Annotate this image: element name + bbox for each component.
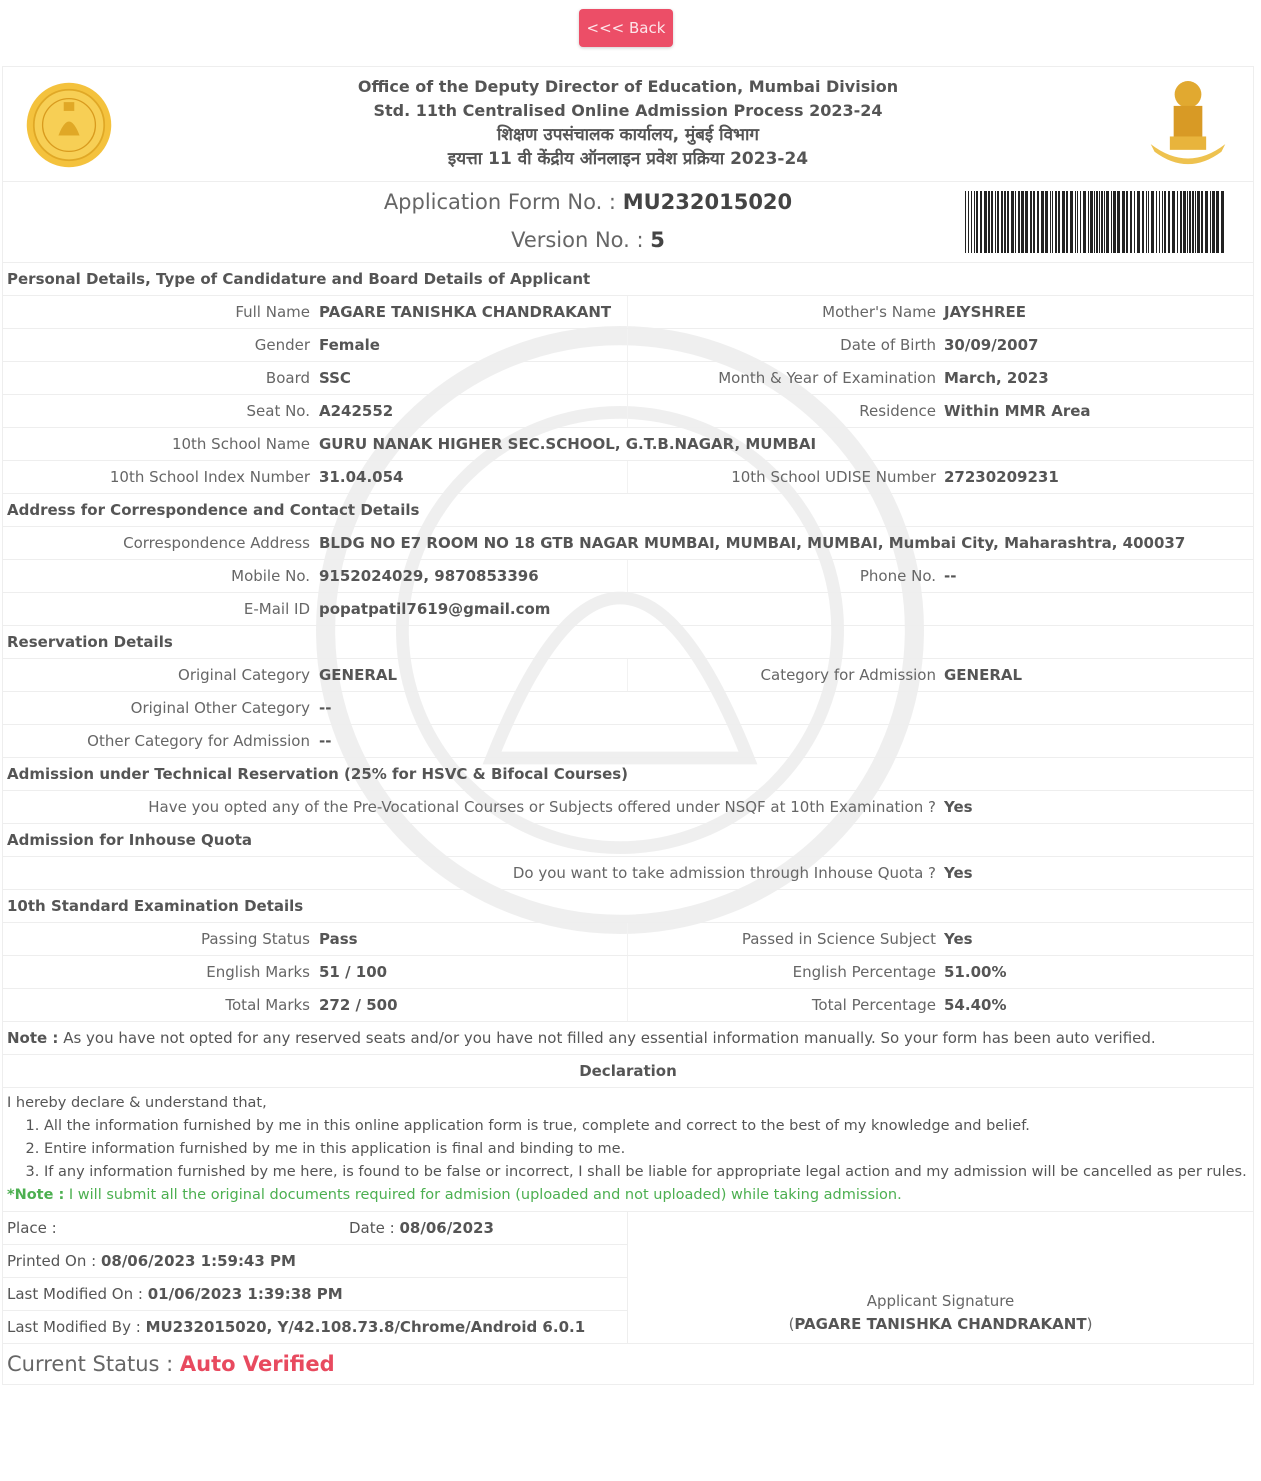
field-label: 10th School Index Number xyxy=(110,461,310,493)
field-label: Gender xyxy=(255,329,310,361)
printed-value: 08/06/2023 1:59:43 PM xyxy=(101,1252,296,1270)
application-number-block: Application Form No. : MU232015020 Versi… xyxy=(3,182,1253,263)
list-item: If any information furnished by me here,… xyxy=(44,1161,1249,1184)
field-label: 10th School Name xyxy=(172,428,310,460)
national-emblem-icon xyxy=(1145,77,1231,173)
table-row: Full NamePAGARE TANISHKA CHANDRAKANT Mot… xyxy=(3,296,1253,329)
technical-answer-value: Yes xyxy=(944,791,973,823)
total-marks-value: 272 / 500 xyxy=(319,989,398,1021)
section-address: Address for Correspondence and Contact D… xyxy=(3,494,1253,527)
field-label: Phone No. xyxy=(860,560,936,592)
table-row: Original CategoryGENERAL Category for Ad… xyxy=(3,659,1253,692)
field-label: Full Name xyxy=(235,296,310,328)
header-line-2: Std. 11th Centralised Online Admission P… xyxy=(3,99,1253,123)
table-row: BoardSSC Month & Year of ExaminationMarc… xyxy=(3,362,1253,395)
email-value: popatpatil7619@gmail.com xyxy=(319,593,550,625)
field-label: Month & Year of Examination xyxy=(718,362,936,394)
modified-on-label: Last Modified On : xyxy=(7,1285,143,1303)
declaration-title: Declaration xyxy=(3,1055,1253,1088)
list-item: All the information furnished by me in t… xyxy=(44,1115,1249,1138)
field-label: English Percentage xyxy=(793,956,936,988)
field-label: Seat No. xyxy=(247,395,311,427)
field-label: Board xyxy=(266,362,310,394)
phone-value: -- xyxy=(944,560,956,592)
section-reservation: Reservation Details xyxy=(3,626,1253,659)
table-row: Mobile No.9152024029, 9870853396 Phone N… xyxy=(3,560,1253,593)
modified-by-row: Last Modified By : MU232015020, Y/42.108… xyxy=(3,1311,627,1343)
footer-meta: Place : Date : 08/06/2023 Printed On : 0… xyxy=(3,1212,628,1343)
field-label: Date of Birth xyxy=(840,329,936,361)
table-row: 10th School Index Number31.04.054 10th S… xyxy=(3,461,1253,494)
udise-value: 27230209231 xyxy=(944,461,1059,493)
table-row: 10th School NameGURU NANAK HIGHER SEC.SC… xyxy=(3,428,1253,461)
document-note-text: I will submit all the original documents… xyxy=(64,1187,901,1203)
auto-verified-note: Note : As you have not opted for any res… xyxy=(3,1022,1253,1055)
original-other-category-value: -- xyxy=(319,692,331,724)
full-name-value: PAGARE TANISHKA CHANDRAKANT xyxy=(319,296,611,328)
field-label: Total Marks xyxy=(225,989,310,1021)
application-form-no: Application Form No. : MU232015020 xyxy=(303,190,873,214)
original-category-value: GENERAL xyxy=(319,659,397,691)
board-value: SSC xyxy=(319,362,351,394)
status-label: Current Status : xyxy=(7,1352,173,1376)
field-label: Passing Status xyxy=(201,923,310,955)
table-row: Seat No.A242552 ResidenceWithin MMR Area xyxy=(3,395,1253,428)
signature-block: Applicant Signature (PAGARE TANISHKA CHA… xyxy=(628,1212,1253,1343)
document-note: *Note : I will submit all the original d… xyxy=(7,1184,1249,1207)
header-line-3: शिक्षण उपसंचालक कार्यालय, मुंबई विभाग xyxy=(3,123,1253,147)
dob-value: 30/09/2007 xyxy=(944,329,1038,361)
school-name-value: GURU NANAK HIGHER SEC.SCHOOL, G.T.B.NAGA… xyxy=(319,428,816,460)
table-row: Other Category for Admission-- xyxy=(3,725,1253,758)
section-technical-reservation: Admission under Technical Reservation (2… xyxy=(3,758,1253,791)
list-item: Entire information furnished by me in th… xyxy=(44,1138,1249,1161)
field-label: Total Percentage xyxy=(812,989,936,1021)
gender-value: Female xyxy=(319,329,380,361)
current-status: Current Status : Auto Verified xyxy=(3,1344,1253,1384)
other-category-admission-value: -- xyxy=(319,725,331,757)
note-label: Note : xyxy=(7,1029,58,1047)
table-row: Have you opted any of the Pre-Vocational… xyxy=(3,791,1253,824)
table-row: Do you want to take admission through In… xyxy=(3,857,1253,890)
modified-on-value: 01/06/2023 1:39:38 PM xyxy=(148,1285,343,1303)
signature-name: PAGARE TANISHKA CHANDRAKANT xyxy=(794,1315,1086,1333)
top-bar: <<< Back xyxy=(0,0,1261,62)
residence-value: Within MMR Area xyxy=(944,395,1091,427)
place-label: Place : xyxy=(7,1219,57,1237)
exam-month-value: March, 2023 xyxy=(944,362,1049,394)
field-label: Do you want to take admission through In… xyxy=(513,857,936,889)
modified-on-row: Last Modified On : 01/06/2023 1:39:38 PM xyxy=(3,1278,627,1311)
field-label: Category for Admission xyxy=(761,659,936,691)
modified-by-label: Last Modified By : xyxy=(7,1318,141,1336)
section-personal-details: Personal Details, Type of Candidature an… xyxy=(3,263,1253,296)
header-title: Office of the Deputy Director of Educati… xyxy=(3,75,1253,171)
field-label: Mobile No. xyxy=(231,560,310,592)
address-value: BLDG NO E7 ROOM NO 18 GTB NAGAR MUMBAI, … xyxy=(319,527,1185,559)
note-text: As you have not opted for any reserved s… xyxy=(58,1029,1155,1047)
printed-label: Printed On : xyxy=(7,1252,96,1270)
mobile-value: 9152024029, 9870853396 xyxy=(319,560,539,592)
document-note-label: *Note : xyxy=(7,1187,64,1203)
section-exam-details: 10th Standard Examination Details xyxy=(3,890,1253,923)
date-value: 08/06/2023 xyxy=(399,1219,493,1237)
field-label: Passed in Science Subject xyxy=(742,923,936,955)
mother-name-value: JAYSHREE xyxy=(944,296,1026,328)
table-row: Correspondence AddressBLDG NO E7 ROOM NO… xyxy=(3,527,1253,560)
form-header: Office of the Deputy Director of Educati… xyxy=(3,67,1253,182)
signature-label: Applicant Signature xyxy=(628,1290,1253,1313)
field-label: Mother's Name xyxy=(822,296,936,328)
field-label: Original Category xyxy=(178,659,310,691)
table-row: E-Mail IDpopatpatil7619@gmail.com xyxy=(3,593,1253,626)
version-no: Version No. : 5 xyxy=(303,228,873,252)
english-marks-value: 51 / 100 xyxy=(319,956,387,988)
date-label: Date : xyxy=(349,1219,395,1237)
table-row: Passing StatusPass Passed in Science Sub… xyxy=(3,923,1253,956)
school-index-value: 31.04.054 xyxy=(319,461,403,493)
field-label: Correspondence Address xyxy=(123,527,310,559)
admission-category-value: GENERAL xyxy=(944,659,1022,691)
printed-on-row: Printed On : 08/06/2023 1:59:43 PM xyxy=(3,1245,627,1278)
english-percentage-value: 51.00% xyxy=(944,956,1006,988)
field-label: 10th School UDISE Number xyxy=(731,461,936,493)
section-inhouse-quota: Admission for Inhouse Quota xyxy=(3,824,1253,857)
modified-by-value: MU232015020, Y/42.108.73.8/Chrome/Androi… xyxy=(146,1318,586,1336)
barcode-icon xyxy=(963,191,1229,253)
header-line-4: इयत्ता 11 वी केंद्रीय ऑनलाइन प्रवेश प्रक… xyxy=(3,147,1253,171)
field-label: E-Mail ID xyxy=(244,593,310,625)
field-label: Residence xyxy=(859,395,936,427)
total-percentage-value: 54.40% xyxy=(944,989,1006,1021)
table-row: GenderFemale Date of Birth30/09/2007 xyxy=(3,329,1253,362)
application-form: Office of the Deputy Director of Educati… xyxy=(2,66,1254,1385)
header-line-1: Office of the Deputy Director of Educati… xyxy=(3,75,1253,99)
field-label: English Marks xyxy=(206,956,310,988)
place-date-row: Place : Date : 08/06/2023 xyxy=(3,1212,627,1245)
declaration-list: All the information furnished by me in t… xyxy=(7,1115,1249,1184)
status-badge: Auto Verified xyxy=(180,1352,335,1376)
inhouse-answer-value: Yes xyxy=(944,857,973,889)
passing-status-value: Pass xyxy=(319,923,358,955)
back-button[interactable]: <<< Back xyxy=(579,9,673,47)
seat-no-value: A242552 xyxy=(319,395,393,427)
table-row: Total Marks272 / 500 Total Percentage54.… xyxy=(3,989,1253,1022)
table-row: Original Other Category-- xyxy=(3,692,1253,725)
science-value: Yes xyxy=(944,923,973,955)
declaration-intro: I hereby declare & understand that, xyxy=(7,1092,1249,1115)
table-row: English Marks51 / 100 English Percentage… xyxy=(3,956,1253,989)
field-label: Other Category for Admission xyxy=(87,725,310,757)
footer: Place : Date : 08/06/2023 Printed On : 0… xyxy=(3,1212,1253,1344)
field-label: Have you opted any of the Pre-Vocational… xyxy=(148,791,936,823)
declaration-body: I hereby declare & understand that, All … xyxy=(3,1088,1253,1212)
field-label: Original Other Category xyxy=(131,692,310,724)
